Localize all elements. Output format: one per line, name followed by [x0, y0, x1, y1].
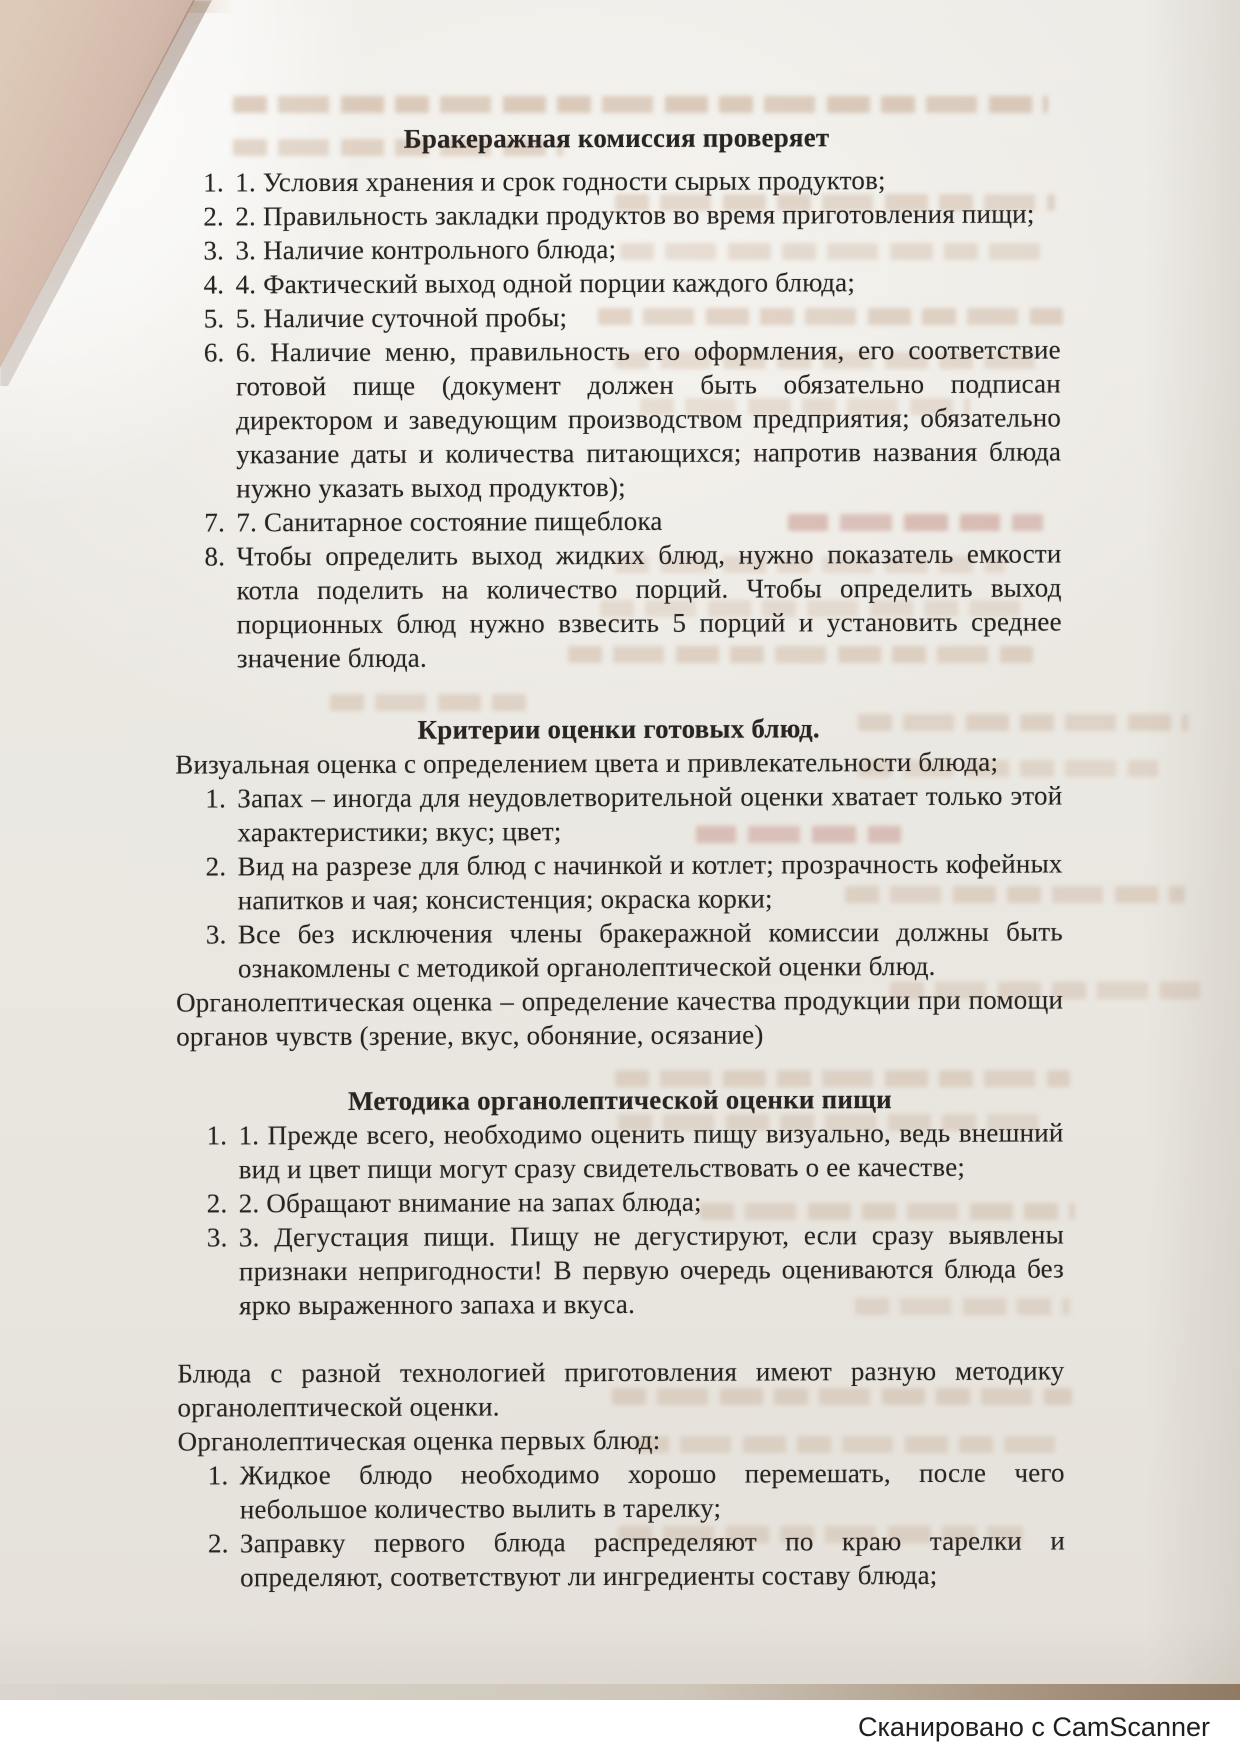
list-item: 3. 3. Наличие контрольного блюда; — [173, 230, 1060, 267]
page-edge-shadow-right — [1145, 0, 1240, 1700]
list-item-text: 7. Санитарное состояние пищеблока — [236, 502, 1061, 539]
list-marker: 8. — [204, 539, 236, 675]
list-item-text: 1. Прежде всего, необходимо оценить пищу… — [238, 1115, 1063, 1186]
list-item-text: 6. Наличие меню, правильность его оформл… — [236, 332, 1062, 505]
list-marker: 1. — [206, 1118, 238, 1186]
paragraph-technology: Блюда с разной технологией приготовления… — [177, 1353, 1064, 1424]
list-marker: 1. — [205, 781, 237, 849]
list-item-text: Заправку первого блюда распределяют по к… — [240, 1523, 1065, 1594]
list-marker: 3. — [206, 917, 238, 985]
paragraph-organoleptic-definition: Органолептическая оценка – определение к… — [176, 982, 1063, 1053]
photo-bottom-edge — [0, 1684, 1240, 1700]
list-item-text: 4. Фактический выход одной порции каждог… — [236, 264, 1061, 301]
list-marker: 3. — [207, 1220, 239, 1322]
document-text: Бракеражная комиссия проверяет 1. 1. Усл… — [173, 119, 1065, 1594]
list-item: 3. 3. Дегустация пищи. Пищу не дегустиру… — [177, 1217, 1064, 1322]
checklist-brakerazh: 1. 1. Условия хранения и срок годности с… — [173, 162, 1062, 675]
list-item: 1. Жидкое блюдо необходимо хорошо переме… — [178, 1455, 1065, 1526]
list-marker: 1. — [203, 165, 235, 199]
paragraph-first-dishes: Органолептическая оценка первых блюд: — [178, 1421, 1065, 1458]
list-item-text: 1. Условия хранения и срок годности сыры… — [235, 162, 1060, 199]
list-marker: 2. — [206, 849, 238, 917]
list-item-text: 5. Наличие суточной пробы; — [236, 298, 1061, 335]
list-item: 7. 7. Санитарное состояние пищеблока — [174, 502, 1061, 539]
list-item-text: Все без исключения члены бракеражной ком… — [238, 914, 1063, 985]
list-item: 2. Заправку первого блюда распределяют п… — [178, 1523, 1065, 1594]
section-title-brakerazh: Бракеражная комиссия проверяет — [173, 119, 1060, 156]
list-item: 8. Чтобы определить выход жидких блюд, н… — [174, 536, 1061, 675]
list-item: 2. 2. Правильность закладки продуктов во… — [173, 196, 1060, 233]
section-title-metodika: Методика органолептической оценки пищи — [176, 1081, 1063, 1118]
list-item: 6. 6. Наличие меню, правильность его офо… — [174, 332, 1062, 505]
checklist-kriterii: 1. Запах – иногда для неудовлетворительн… — [175, 778, 1063, 985]
checklist-first-dishes: 1. Жидкое блюдо необходимо хорошо переме… — [178, 1455, 1065, 1594]
list-item-text: 2. Обращают внимание на запах блюда; — [239, 1183, 1064, 1220]
list-item: 5. 5. Наличие суточной пробы; — [174, 298, 1061, 335]
list-item-text: 2. Правильность закладки продуктов во вр… — [235, 196, 1060, 233]
list-item: 2. Вид на разрезе для блюд с начинкой и … — [176, 846, 1063, 917]
scanned-page: Бракеражная комиссия проверяет 1. 1. Усл… — [0, 0, 1240, 1700]
list-item: 4. 4. Фактический выход одной порции каж… — [174, 264, 1061, 301]
list-marker: 6. — [204, 335, 237, 505]
checklist-metodika: 1. 1. Прежде всего, необходимо оценить п… — [176, 1115, 1064, 1322]
camscanner-footer: Сканировано с CamScanner — [0, 1700, 1240, 1755]
page-edge-shadow-bottom — [0, 1622, 1240, 1684]
list-item-text: 3. Наличие контрольного блюда; — [235, 230, 1060, 267]
bleedthrough-line — [233, 96, 1048, 113]
paragraph-visual-intro: Визуальная оценка с определением цвета и… — [175, 744, 1062, 781]
list-item: 3. Все без исключения члены бракеражной … — [176, 914, 1063, 985]
list-marker: 4. — [204, 267, 236, 301]
list-item-text: 3. Дегустация пищи. Пищу не дегустируют,… — [239, 1217, 1064, 1322]
list-item-text: Жидкое блюдо необходимо хорошо перемешат… — [240, 1455, 1065, 1526]
list-item-text: Чтобы определить выход жидких блюд, нужн… — [236, 536, 1061, 675]
list-marker: 3. — [203, 233, 235, 267]
list-item-text: Запах – иногда для неудовлетворительной … — [237, 778, 1062, 849]
list-item: 2. 2. Обращают внимание на запах блюда; — [177, 1183, 1064, 1220]
list-item: 1. 1. Условия хранения и срок годности с… — [173, 162, 1060, 199]
list-item: 1. 1. Прежде всего, необходимо оценить п… — [176, 1115, 1063, 1186]
list-marker: 7. — [204, 505, 236, 539]
list-marker: 1. — [208, 1458, 240, 1526]
list-marker: 2. — [207, 1186, 239, 1220]
list-item: 1. Запах – иногда для неудовлетворительн… — [175, 778, 1062, 849]
list-marker: 5. — [204, 301, 236, 335]
list-item-text: Вид на разрезе для блюд с начинкой и кот… — [238, 846, 1063, 917]
camscanner-watermark: Сканировано с CamScanner — [858, 1712, 1210, 1743]
list-marker: 2. — [208, 1526, 240, 1594]
list-marker: 2. — [203, 199, 235, 233]
section-title-kriterii: Критерии оценки готовых блюд. — [175, 710, 1062, 747]
